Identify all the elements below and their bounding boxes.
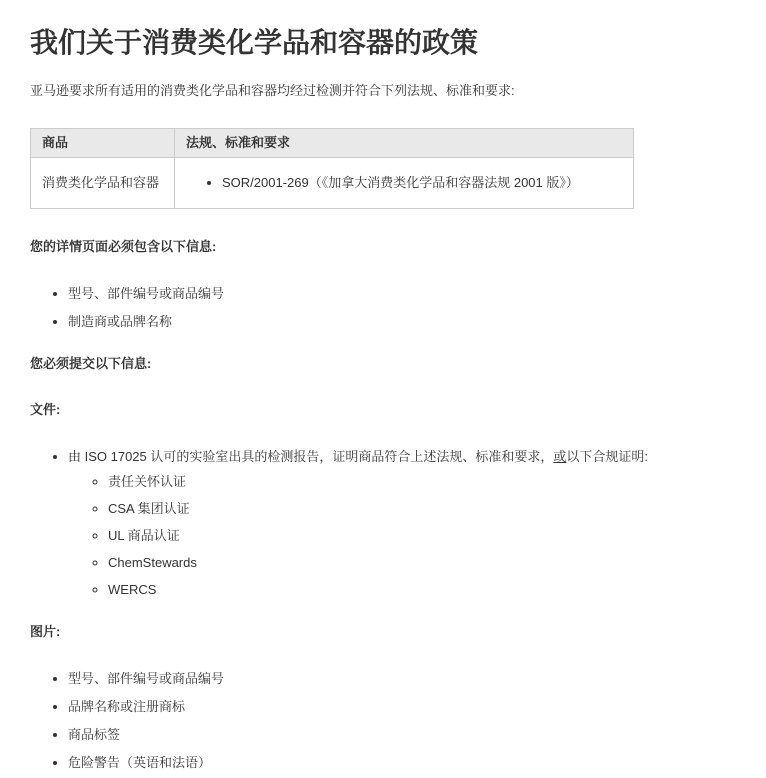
list-item: 型号、部件编号或商品编号 [68, 670, 736, 687]
list-item: CSA 集团认证 [108, 500, 736, 517]
report-text-or: 或 [553, 449, 566, 464]
list-item: WERCS [108, 581, 736, 598]
detail-info-list: 型号、部件编号或商品编号 制造商或品牌名称 [30, 285, 736, 330]
report-text-after-or: 以下合规证明: [566, 449, 648, 464]
requirements-cell: SOR/2001-269（《加拿大消费类化学品和容器法规 2001 版》） [175, 158, 634, 209]
documents-heading: 文件: [30, 402, 736, 418]
list-item: 制造商或品牌名称 [68, 313, 736, 330]
product-cell: 消费类化学品和容器 [31, 158, 175, 209]
requirements-list: SOR/2001-269（《加拿大消费类化学品和容器法规 2001 版》） [186, 174, 622, 192]
detail-page-heading: 您的详情页面必须包含以下信息: [30, 239, 736, 255]
table-row: 消费类化学品和容器 SOR/2001-269（《加拿大消费类化学品和容器法规 2… [31, 158, 634, 209]
list-item: 品牌名称或注册商标 [68, 698, 736, 715]
table-header-product: 商品 [31, 129, 175, 158]
documents-list: 由 ISO 17025 认可的实验室出具的检测报告，证明商品符合上述法规、标准和… [30, 448, 736, 598]
page-title: 我们关于消费类化学品和容器的政策 [30, 26, 736, 60]
table-header-requirements: 法规、标准和要求 [175, 129, 634, 158]
images-heading: 图片: [30, 624, 736, 640]
list-item: 责任关怀认证 [108, 473, 736, 490]
certifications-list: 责任关怀认证 CSA 集团认证 UL 商品认证 ChemStewards WER… [68, 473, 736, 598]
list-item: ChemStewards [108, 554, 736, 571]
list-item: 由 ISO 17025 认可的实验室出具的检测报告，证明商品符合上述法规、标准和… [68, 448, 736, 598]
list-item: 商品标签 [68, 726, 736, 743]
list-item: UL 商品认证 [108, 527, 736, 544]
requirements-table: 商品 法规、标准和要求 消费类化学品和容器 SOR/2001-269（《加拿大消… [30, 128, 634, 209]
submit-info-heading: 您必须提交以下信息: [30, 356, 736, 372]
images-list: 型号、部件编号或商品编号 品牌名称或注册商标 商品标签 危险警告（英语和法语） [30, 670, 736, 771]
requirement-item: SOR/2001-269（《加拿大消费类化学品和容器法规 2001 版》） [222, 174, 622, 192]
policy-page-content: 我们关于消费类化学品和容器的政策 亚马逊要求所有适用的消费类化学品和容器均经过检… [0, 0, 766, 771]
report-text-before-or: 由 ISO 17025 认可的实验室出具的检测报告，证明商品符合上述法规、标准和… [68, 449, 553, 464]
list-item: 型号、部件编号或商品编号 [68, 285, 736, 302]
table-header-row: 商品 法规、标准和要求 [31, 129, 634, 158]
list-item: 危险警告（英语和法语） [68, 754, 736, 771]
intro-paragraph: 亚马逊要求所有适用的消费类化学品和容器均经过检测并符合下列法规、标准和要求: [30, 82, 736, 100]
